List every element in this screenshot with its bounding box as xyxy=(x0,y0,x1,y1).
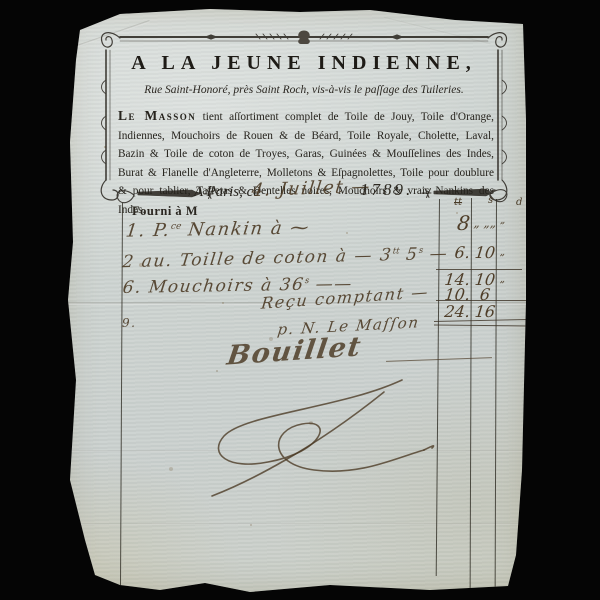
dateline-year: 1789. xyxy=(360,180,413,200)
foxing-spots xyxy=(104,146,106,148)
assortment-text: tient aſſortiment complet de Toile de Jo… xyxy=(118,111,494,216)
margin-pen-mark: 9. xyxy=(122,316,136,330)
fold-crease xyxy=(64,450,528,452)
corner-crease xyxy=(383,17,490,46)
fold-crease xyxy=(64,523,528,525)
amount-row: 8„ „„„ xyxy=(436,211,532,235)
shop-title: A LA JEUNE INDIENNE, xyxy=(94,52,514,75)
merchant-name: Le Masson xyxy=(118,108,196,123)
item-line-2: 2 au. Toille de coton à — 3tt 5s — xyxy=(121,244,449,272)
livres-column-header: tt xyxy=(454,197,462,208)
signature: Bouillet xyxy=(225,331,364,371)
sous-column-header: s xyxy=(488,195,493,206)
corner-crease xyxy=(68,20,150,50)
total-row: 24.16 xyxy=(436,302,532,321)
total-rule xyxy=(436,300,526,301)
signature-paraph-flourish xyxy=(182,364,444,506)
invoice-paper: A LA JEUNE INDIENNE, Rue Saint-Honoré, p… xyxy=(64,6,528,594)
closing-double-rule xyxy=(434,324,530,326)
fourni-a-m-label: Fourni à M xyxy=(132,204,198,219)
shop-address: Rue Saint-Honoré, près Saint Roch, vis-à… xyxy=(104,84,504,96)
signature-dash xyxy=(386,357,492,362)
dateline-handwritten-date: 4. Juillet — xyxy=(250,176,372,201)
amount-row: 6.10„ xyxy=(436,243,532,262)
deniers-column-header: d xyxy=(516,197,522,208)
photo-background: A LA JEUNE INDIENNE, Rue Saint-Honoré, p… xyxy=(0,0,600,600)
shop-description: Le Masson tient aſſortiment complet de T… xyxy=(118,107,494,219)
item-line-1: 1. P.ce Nankin à ⁓ xyxy=(124,217,311,241)
